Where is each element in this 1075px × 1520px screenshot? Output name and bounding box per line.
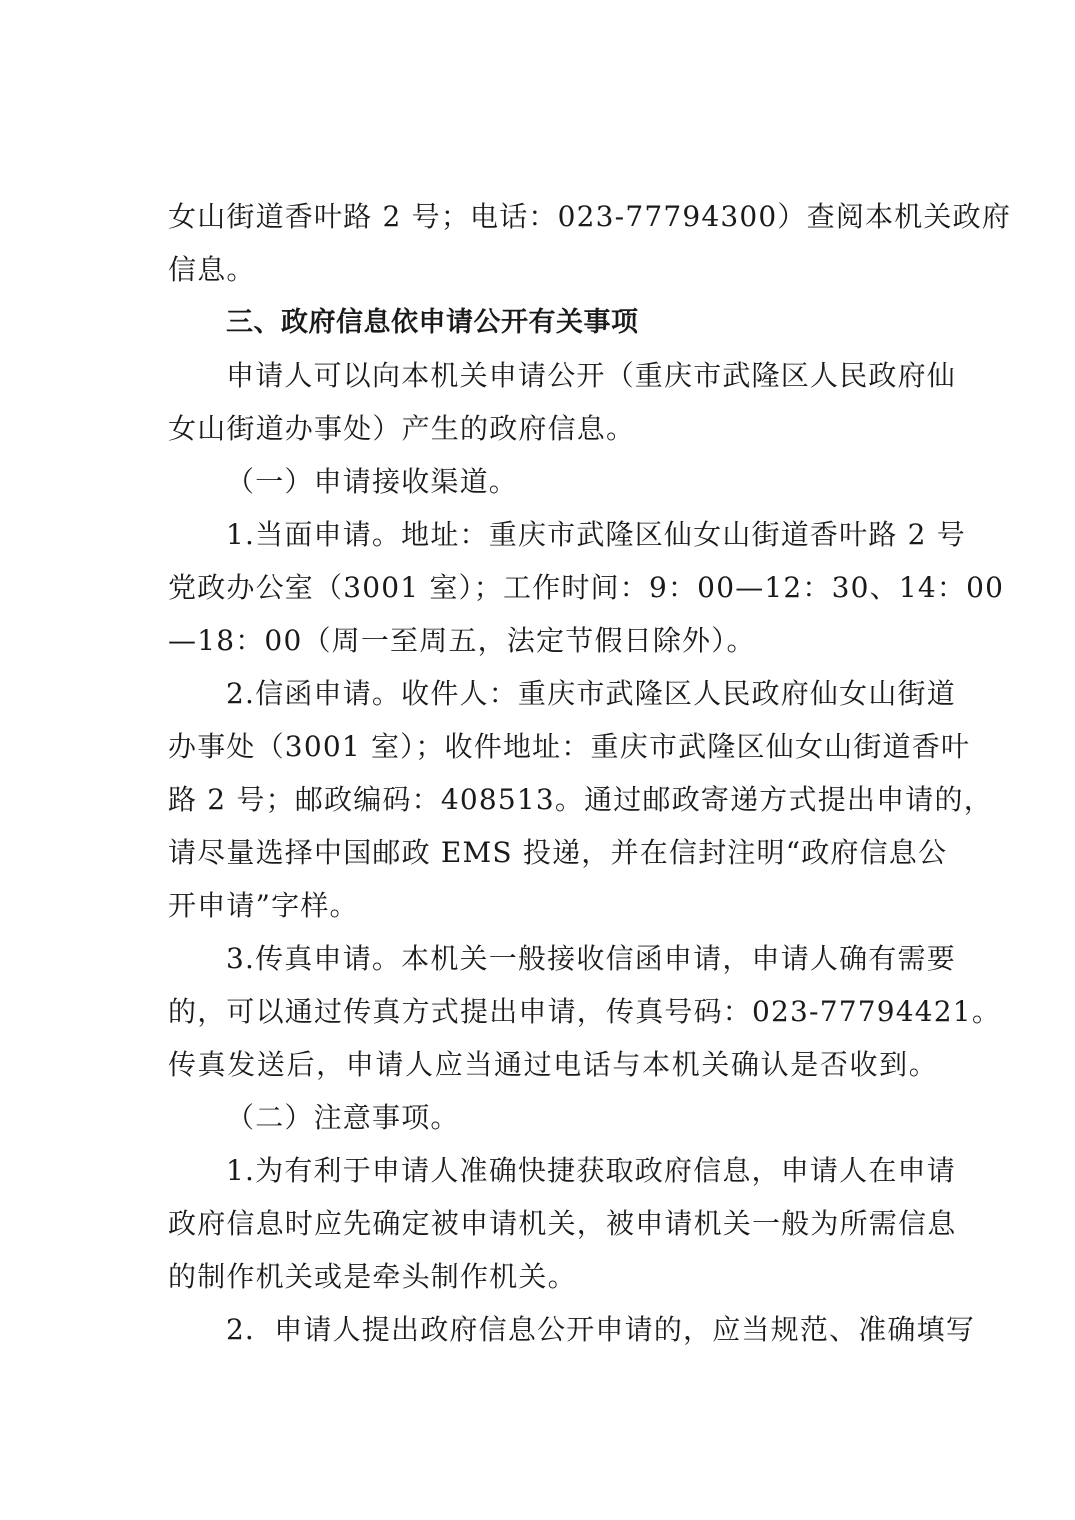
- text-line: —18：00（周一至周五，法定节假日除外）。: [168, 614, 938, 667]
- text-line: 2.信函申请。收件人：重庆市武隆区人民政府仙女山街道: [168, 667, 938, 720]
- text-line: 政府信息时应先确定被申请机关，被申请机关一般为所需信息: [168, 1197, 938, 1250]
- text-line: 党政办公室（3001 室）；工作时间：9：00—12：30、14：00: [168, 561, 938, 614]
- text-line: 传真发送后，申请人应当通过电话与本机关确认是否收到。: [168, 1038, 938, 1091]
- text-line: 路 2 号；邮政编码：408513。通过邮政寄递方式提出申请的，: [168, 773, 938, 826]
- text-line: 申请人可以向本机关申请公开（重庆市武隆区人民政府仙: [168, 349, 938, 402]
- text-line: 3.传真申请。本机关一般接收信函申请，申请人确有需要: [168, 932, 938, 985]
- text-line: 开申请”字样。: [168, 879, 938, 932]
- text-line: 女山街道办事处）产生的政府信息。: [168, 402, 938, 455]
- text-line: 信息。: [168, 243, 938, 296]
- text-line: 的，可以通过传真方式提出申请，传真号码：023-77794421。: [168, 985, 938, 1038]
- text-line: 的制作机关或是牵头制作机关。: [168, 1250, 938, 1303]
- text-line: 请尽量选择中国邮政 EMS 投递，并在信封注明“政府信息公: [168, 826, 938, 879]
- text-line: （二）注意事项。: [168, 1091, 938, 1144]
- text-line: 女山街道香叶路 2 号；电话：023-77794300）查阅本机关政府: [168, 190, 938, 243]
- text-line: （一）申请接收渠道。: [168, 455, 938, 508]
- text-line: 办事处（3001 室）；收件地址：重庆市武隆区仙女山街道香叶: [168, 720, 938, 773]
- text-line: 1.为有利于申请人准确快捷获取政府信息，申请人在申请: [168, 1144, 938, 1197]
- text-line: 1.当面申请。地址：重庆市武隆区仙女山街道香叶路 2 号: [168, 508, 938, 561]
- text-line: 2．申请人提出政府信息公开申请的，应当规范、准确填写: [168, 1303, 938, 1356]
- document-page: 女山街道香叶路 2 号；电话：023-77794300）查阅本机关政府信息。三、…: [168, 190, 938, 1356]
- section-heading: 三、政府信息依申请公开有关事项: [168, 296, 938, 349]
